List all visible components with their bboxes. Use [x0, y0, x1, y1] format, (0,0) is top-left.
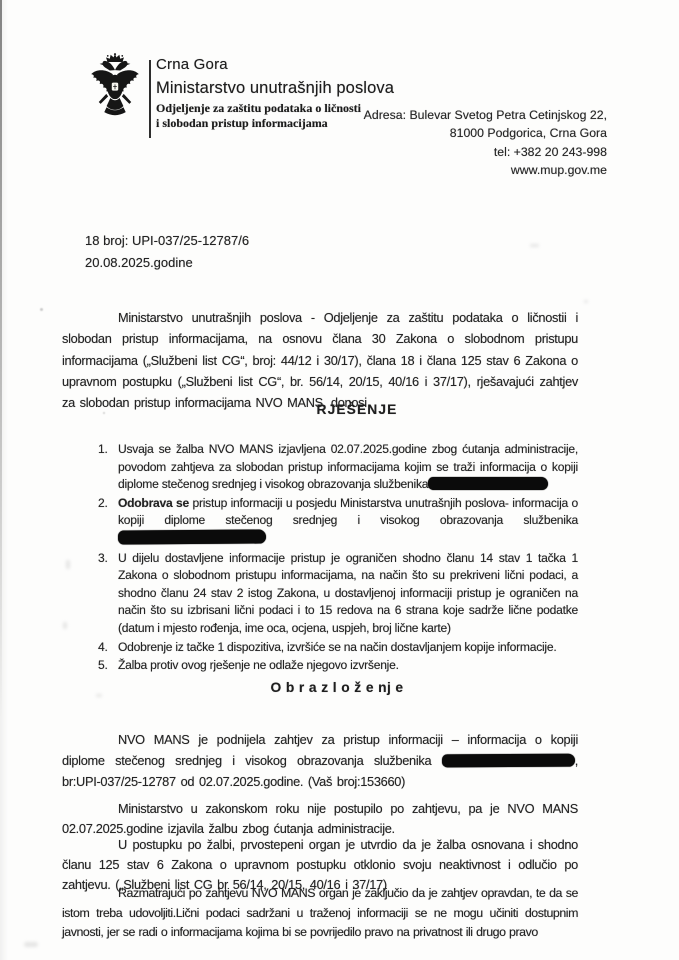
resolution-item-4: 4. Odobrenje iz tačke 1 dispozitiva, izv… [62, 639, 578, 657]
reference-block: 18 broj: UPI-037/25-12787/6 20.08.2025.g… [85, 231, 249, 272]
document-date: 20.08.2025.godine [85, 253, 249, 272]
redaction-bar [118, 529, 266, 544]
scan-edge-shadow [0, 0, 8, 960]
intro-paragraph: Ministarstvo unutrašnjih poslova - Odjel… [62, 307, 578, 414]
resolution-item-1: 1. Usvaja se žalba NVO MANS izjavljena 0… [62, 441, 578, 494]
document-number: 18 broj: UPI-037/25-12787/6 [85, 231, 249, 250]
ministry-name: Ministarstvo unutrašnjih poslova [156, 79, 394, 98]
address-street: Adresa: Bulevar Svetog Petra Cetinjskog … [364, 106, 607, 124]
department-line-1: Odjeljenje za zaštitu podataka o ličnost… [156, 101, 394, 116]
scan-smudge [24, 942, 38, 947]
country-name: Crna Gora [156, 56, 394, 73]
explanation-paragraph-4: Razmatrajući po zahtjevu NVO MANS organ … [62, 884, 578, 943]
scanned-document-page: Crna Gora Ministarstvo unutrašnjih poslo… [0, 0, 679, 960]
redaction-bar [428, 477, 548, 490]
scan-smudge [530, 244, 539, 247]
item-text: Žalba protiv ovog rješenje ne odlaže nje… [118, 658, 399, 672]
explanation-title: O b r a z l o ž e nj e [79, 680, 595, 695]
letterhead-divider [149, 60, 151, 138]
item-text: U dijelu dostavljene informacije pristup… [118, 551, 578, 635]
department-line-2: i slobodan pristup informacijama [156, 116, 394, 131]
item-number: 1. [98, 441, 108, 459]
resolution-item-5: 5. Žalba protiv ovog rješenje ne odlaže … [62, 657, 578, 675]
explanation-paragraph-1: NVO MANS je podnijela zahtjev za pristup… [62, 729, 578, 792]
item-number: 2. [98, 495, 108, 513]
resolution-items-list: 1. Usvaja se žalba NVO MANS izjavljena 0… [62, 441, 578, 676]
redaction-bar [442, 753, 575, 767]
item-bold-lead: Odobrava se [118, 496, 189, 510]
letterhead-address-block: Adresa: Bulevar Svetog Petra Cetinjskog … [364, 106, 607, 180]
item-text: Odobrenje iz tačke 1 dispozitiva, izvrši… [118, 640, 556, 654]
montenegro-coat-of-arms-icon [86, 50, 144, 132]
address-city: 81000 Podgorica, Crna Gora [364, 124, 607, 142]
address-phone: tel: +382 20 243-998 [364, 143, 607, 161]
item-number: 3. [98, 550, 108, 568]
resolution-item-3: 3. U dijelu dostavljene informacije pris… [62, 550, 578, 638]
item-number: 5. [98, 657, 108, 675]
resolution-item-2: 2. Odobrava se pristup informaciji u pos… [62, 495, 578, 548]
letterhead-org-block: Crna Gora Ministarstvo unutrašnjih poslo… [156, 56, 394, 130]
scan-smudge [584, 300, 588, 303]
resolution-title: RJEŠENJE [99, 402, 615, 417]
scan-speck [40, 308, 43, 311]
address-website: www.mup.gov.me [364, 161, 607, 179]
explanation-paragraph-2: Ministarstvo u zakonskom roku nije postu… [62, 799, 578, 839]
item-number: 4. [98, 639, 108, 657]
